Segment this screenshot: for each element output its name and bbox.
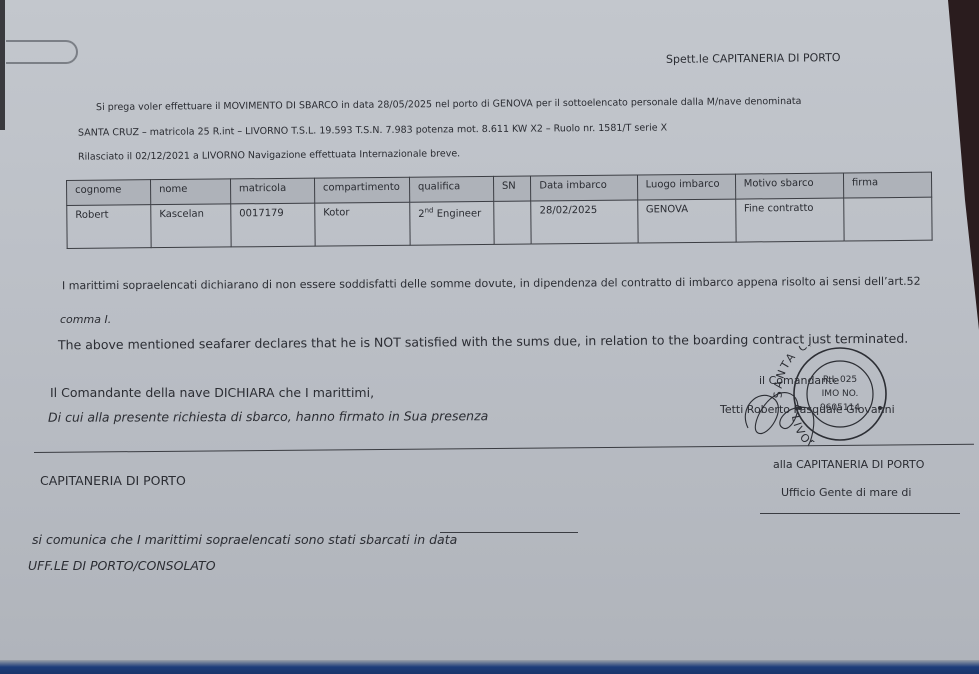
cell-motivo-sbarco: Fine contratto: [735, 198, 844, 242]
port-right-subtitle: Ufficio Gente di mare di: [781, 486, 911, 499]
declaration-italian-1: I marittimi sopraelencati dichiarano di …: [62, 275, 921, 292]
declaration-italian-2: comma I.: [60, 313, 111, 326]
crew-table: cognome nome matricola compartimento qua…: [66, 172, 933, 249]
stamp-line-1: R.I. 025: [823, 375, 857, 385]
table-row: Robert Kascelan 0017179 Kotor 2nd Engine…: [67, 197, 932, 248]
qualifica-title: Engineer: [433, 208, 481, 219]
office-name-line[interactable]: [760, 513, 960, 514]
cell-nome: Kascelan: [151, 204, 231, 248]
col-firma: firma: [843, 172, 931, 198]
col-compartimento: compartimento: [314, 177, 409, 203]
intro-line-2: SANTA CRUZ – matricola 25 R.int – LIVORN…: [78, 122, 667, 138]
cell-cognome: Robert: [67, 205, 151, 249]
communication-text: si comunica che I marittimi sopraelencat…: [32, 532, 457, 547]
cell-matricola: 0017179: [231, 203, 315, 247]
cell-compartimento: Kotor: [315, 202, 410, 246]
page-edge: [0, 0, 5, 130]
col-luogo-imbarco: Luogo imbarco: [637, 174, 735, 200]
cell-qualifica: 2nd Engineer: [410, 201, 494, 245]
cell-firma: [844, 197, 933, 241]
paperclip-icon: [6, 40, 78, 64]
port-left-title: CAPITANERIA DI PORTO: [40, 473, 186, 488]
col-data-imbarco: Data imbarco: [531, 175, 637, 201]
col-qualifica: qualifica: [409, 176, 493, 202]
commander-signed-presence: Di cui alla presente richiesta di sbarco…: [48, 408, 488, 425]
ship-stamp: SANTA CRUZ LIVORNO R.I. 025 IMO NO. 9605…: [742, 346, 902, 442]
section-divider: [34, 444, 974, 453]
col-matricola: matricola: [230, 178, 314, 204]
desk-surface: [0, 660, 979, 674]
document-page: Spett.le CAPITANERIA DI PORTO Si prega v…: [0, 0, 979, 664]
cell-luogo-imbarco: GENOVA: [637, 199, 736, 243]
cell-data-imbarco: 28/02/2025: [531, 200, 638, 244]
col-nome: nome: [150, 179, 230, 205]
commander-declares: Il Comandante della nave DICHIARA che I …: [50, 385, 374, 400]
col-motivo-sbarco: Motivo sbarco: [735, 173, 843, 199]
date-blank-line[interactable]: [440, 532, 578, 533]
stamp-line-2: IMO NO.: [822, 389, 859, 399]
port-right-title: alla CAPITANERIA DI PORTO: [773, 458, 924, 471]
cell-sn: [494, 201, 532, 244]
qualifica-ordinal: nd: [425, 206, 434, 214]
intro-line-1: Si prega voler effettuare il MOVIMENTO D…: [96, 96, 802, 113]
col-cognome: cognome: [67, 180, 151, 206]
intro-line-3: Rilasciato il 02/12/2021 a LIVORNO Navig…: [78, 148, 460, 162]
stamp-line-3: 9605114: [820, 403, 860, 413]
col-sn: SN: [493, 176, 531, 201]
addressee: Spett.le CAPITANERIA DI PORTO: [666, 51, 841, 66]
footer-office: UFF.LE DI PORTO/CONSOLATO: [28, 558, 216, 573]
